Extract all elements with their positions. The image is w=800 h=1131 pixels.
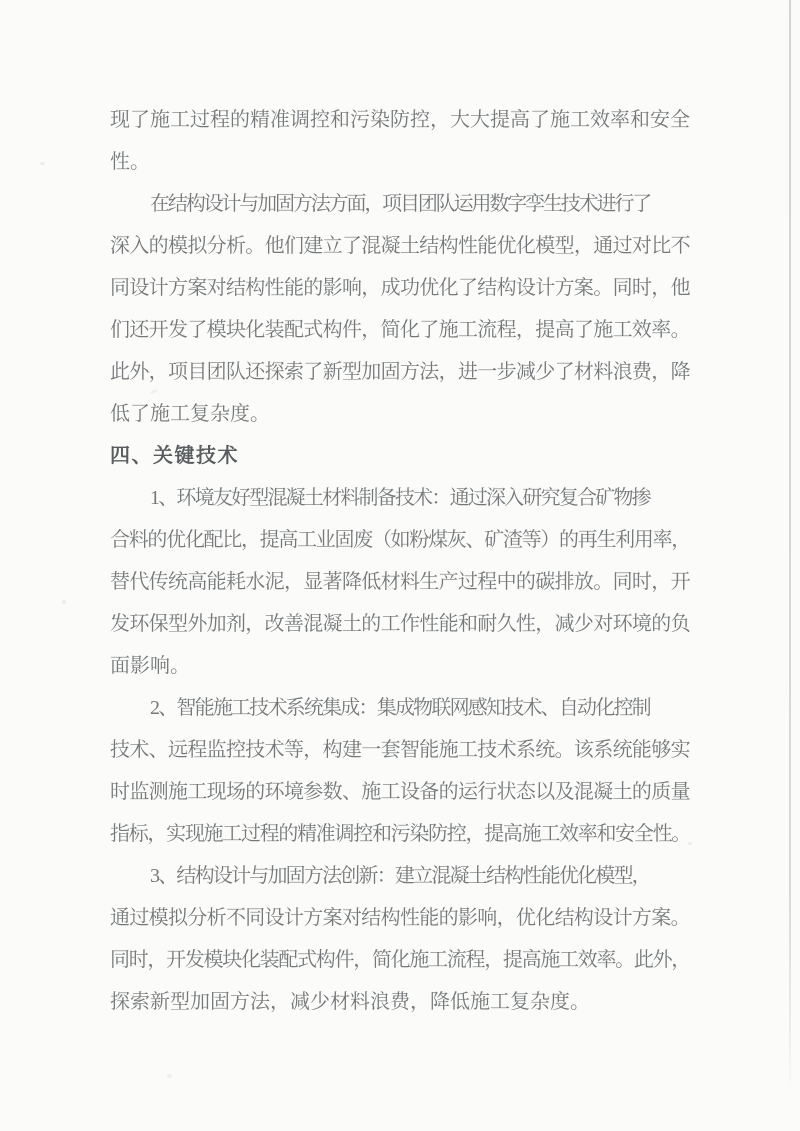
text-line: 深入的模拟分析。他们建立了混凝土结构性能优化模型，通过对比不 — [110, 225, 690, 267]
text-line: 们还开发了模块化装配式构件，简化了施工流程，提高了施工效率。 — [110, 309, 690, 351]
text-line: 探索新型加固方法，减少材料浪费，降低施工复杂度。 — [110, 981, 690, 1023]
text-line: 发环保型外加剂，改善混凝土的工作性能和耐久性，减少对环境的负 — [110, 603, 690, 645]
scan-speck — [167, 1074, 172, 1078]
text-line: 1、环境友好型混凝土材料制备技术：通过深入研究复合矿物掺 — [110, 477, 690, 519]
scan-edge-line — [789, 0, 791, 1092]
text-line: 同时，开发模块化装配式构件，简化施工流程，提高施工效率。此外， — [110, 939, 690, 981]
text-line: 2、智能施工技术系统集成：集成物联网感知技术、自动化控制 — [110, 687, 690, 729]
text-line: 低了施工复杂度。 — [110, 393, 690, 435]
text-line: 合料的优化配比，提高工业固废（如粉煤灰、矿渣等）的再生利用率， — [110, 519, 690, 561]
scan-speck — [62, 600, 66, 604]
text-line: 时监测施工现场的环境参数、施工设备的运行状态以及混凝土的质量 — [110, 771, 690, 813]
text-line: 性。 — [110, 141, 690, 183]
text-line: 同设计方案对结构性能的影响，成功优化了结构设计方案。同时，他 — [110, 267, 690, 309]
text-line: 此外，项目团队还探索了新型加固方法，进一步减少了材料浪费，降 — [110, 351, 690, 393]
text-line: 通过模拟分析不同设计方案对结构性能的影响，优化结构设计方案。 — [110, 897, 690, 939]
text-line: 在结构设计与加固方法方面，项目团队运用数字孪生技术进行了 — [110, 183, 690, 225]
text-line: 指标，实现施工过程的精准调控和污染防控，提高施工效率和安全性。 — [110, 813, 690, 855]
document-body: 现了施工过程的精准调控和污染防控，大大提高了施工效率和安全性。在结构设计与加固方… — [110, 99, 690, 1023]
text-line: 面影响。 — [110, 645, 690, 687]
text-line: 3、结构设计与加固方法创新：建立混凝土结构性能优化模型， — [110, 855, 690, 897]
text-line: 技术、远程监控技术等，构建一套智能施工技术系统。该系统能够实 — [110, 729, 690, 771]
section-heading: 四、关键技术 — [110, 435, 690, 477]
text-line: 现了施工过程的精准调控和污染防控，大大提高了施工效率和安全 — [110, 99, 690, 141]
document-page: 现了施工过程的精准调控和污染防控，大大提高了施工效率和安全性。在结构设计与加固方… — [0, 0, 800, 1131]
scan-speck — [40, 162, 45, 165]
text-line: 替代传统高能耗水泥，显著降低材料生产过程中的碳排放。同时，开 — [110, 561, 690, 603]
